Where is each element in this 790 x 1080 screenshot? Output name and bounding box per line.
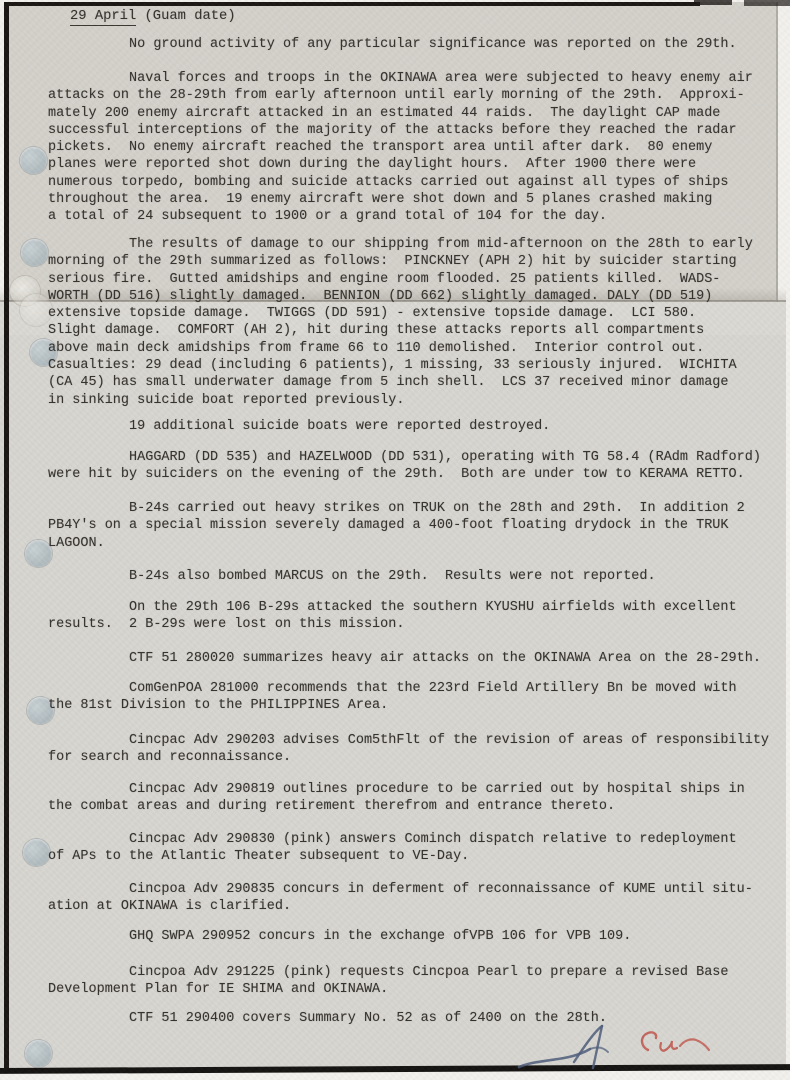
paragraph-damage-summary: The results of damage to our shipping fr… <box>48 236 784 409</box>
date-heading: 29 April (Guam date) <box>70 8 236 26</box>
paragraph-cincpac-290203: Cincpac Adv 290203 advises Com5thFlt of … <box>48 732 784 767</box>
date-heading-suffix: (Guam date) <box>136 9 235 24</box>
paragraph-b24-marcus: B-24s also bombed MARCUS on the 29th. Re… <box>48 568 784 585</box>
scan-artifact-smudge <box>744 0 790 6</box>
blue-ink-initials-icon <box>516 1022 636 1074</box>
scanned-document-page: 29 April (Guam date) No ground activity … <box>0 0 790 1080</box>
date-heading-date: 29 April <box>70 9 136 26</box>
paragraph-cincpoa-290835: Cincpoa Adv 290835 concurs in deferment … <box>48 881 784 916</box>
scan-artifact-smudge <box>694 0 732 5</box>
paragraph-b29-kyushu: On the 29th 106 B-29s attacked the south… <box>48 599 784 634</box>
red-pencil-initials-icon <box>634 1028 712 1066</box>
page-border-top <box>4 2 700 6</box>
paragraph-ghq-swpa-290952: GHQ SWPA 290952 concurs in the exchange … <box>48 928 784 945</box>
paragraph-haggard-hazelwood: HAGGARD (DD 535) and HAZELWOOD (DD 531),… <box>48 449 784 484</box>
paragraph-air-attacks: Naval forces and troops in the OKINAWA a… <box>48 70 784 226</box>
punch-hole <box>23 839 50 866</box>
paragraph-ground-activity: No ground activity of any particular sig… <box>48 36 784 53</box>
paragraph-suicide-boats: 19 additional suicide boats were reporte… <box>48 418 784 435</box>
punch-hole <box>25 1040 52 1067</box>
punch-hole <box>21 239 48 266</box>
paragraph-b24-truk: B-24s carried out heavy strikes on TRUK … <box>48 500 784 552</box>
paragraph-ctf51-290400: CTF 51 290400 covers Summary No. 52 as o… <box>48 1010 784 1027</box>
paragraph-cincpoa-291225: Cincpoa Adv 291225 (pink) requests Cincp… <box>48 964 784 999</box>
paragraph-ctf51-280020: CTF 51 280020 summarizes heavy air attac… <box>48 650 784 667</box>
page-border-left <box>4 2 9 1068</box>
paragraph-cincpac-290819: Cincpac Adv 290819 outlines procedure to… <box>48 781 784 816</box>
punch-hole <box>20 147 47 174</box>
paragraph-cincpac-290830: Cincpac Adv 290830 (pink) answers Cominc… <box>48 831 784 866</box>
paragraph-comgenpoa-281000: ComGenPOA 281000 recommends that the 223… <box>48 680 784 715</box>
